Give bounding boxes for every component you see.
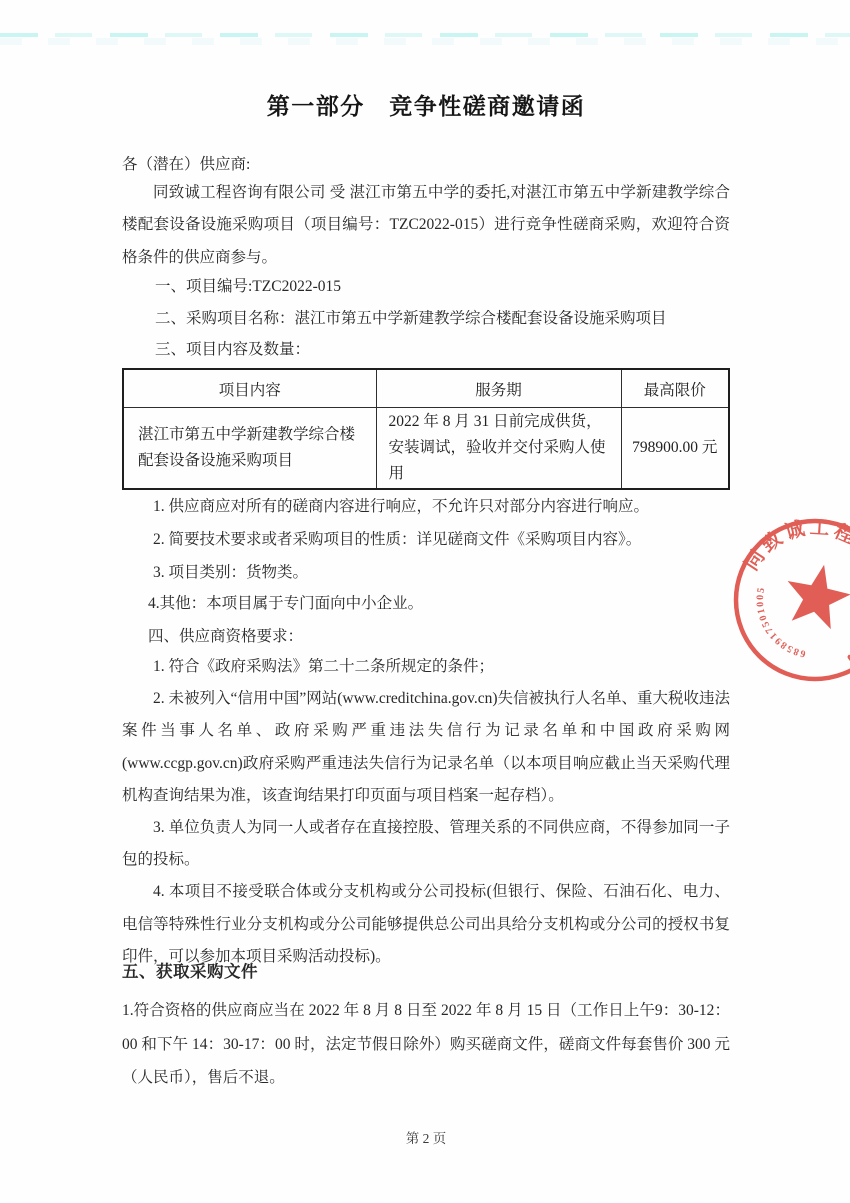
page-title: 第一部分 竞争性磋商邀请函 <box>122 88 730 121</box>
cell-max-price: 798900.00 元 <box>621 408 729 490</box>
note-2: 2. 简要技术要求或者采购项目的性质：详见磋商文件《采购项目内容》。 <box>153 523 730 556</box>
section4-item-1: 1. 符合《政府采购法》第二十二条所规定的条件； <box>122 651 730 683</box>
section4-item-2: 2. 未被列入“信用中国”网站(www.creditchina.gov.cn)失… <box>122 683 730 812</box>
table-row: 湛江市第五中学新建教学综合楼配套设备设施采购项目 2022 年 8 月 31 日… <box>123 408 729 490</box>
note-3: 3. 项目类别：货物类。 <box>153 556 730 589</box>
svg-text:6858917501005: 6858917501005 <box>755 587 807 659</box>
section4-heading: 四、供应商资格要求： <box>122 624 756 646</box>
header-project-content: 项目内容 <box>123 369 376 408</box>
scan-artifact-line <box>0 33 850 37</box>
project-number-line: 一、项目编号:TZC2022-015 <box>155 271 730 303</box>
page-number: 第 2 页 <box>122 1127 730 1147</box>
seal-company-arc-text: 同致诚工程咨询有限公司 <box>740 517 850 673</box>
seal-star-icon <box>788 565 850 629</box>
scan-artifact-line-2 <box>0 38 850 45</box>
note-1: 1. 供应商应对所有的磋商内容进行响应，不允许只对部分内容进行响应。 <box>153 490 730 523</box>
seal-serial-number: 6858917501005 <box>755 587 807 659</box>
project-content-line: 三、项目内容及数量： <box>155 334 730 366</box>
cell-project-content: 湛江市第五中学新建教学综合楼配套设备设施采购项目 <box>123 408 376 490</box>
table-header-row: 项目内容 服务期 最高限价 <box>123 369 729 408</box>
table-notes-list: 1. 供应商应对所有的磋商内容进行响应，不允许只对部分内容进行响应。 2. 简要… <box>122 490 730 589</box>
section4-item-3: 3. 单位负责人为同一人或者存在直接控股、管理关系的不同供应商，不得参加同一子包… <box>122 812 730 876</box>
header-max-price: 最高限价 <box>621 369 729 408</box>
svg-text:同致诚工程咨询有限公司: 同致诚工程咨询有限公司 <box>740 517 850 673</box>
project-name-line: 二、采购项目名称：湛江市第五中学新建教学综合楼配套设备设施采购项目 <box>155 303 730 335</box>
intro-paragraph: 同致诚工程咨询有限公司 受 湛江市第五中学的委托,对湛江市第五中学新建教学综合楼… <box>122 177 730 274</box>
document-page: 第一部分 竞争性磋商邀请函 各（潜在）供应商: 同致诚工程咨询有限公司 受 湛江… <box>0 0 850 1203</box>
section5-paragraph: 1.符合资格的供应商应当在 2022 年 8 月 8 日至 2022 年 8 月… <box>122 994 730 1095</box>
numbered-section-list: 一、项目编号:TZC2022-015 二、采购项目名称：湛江市第五中学新建教学综… <box>122 271 730 366</box>
salutation: 各（潜在）供应商: <box>122 152 730 174</box>
section4-items: 1. 符合《政府采购法》第二十二条所规定的条件； 2. 未被列入“信用中国”网站… <box>122 651 730 973</box>
project-table: 项目内容 服务期 最高限价 湛江市第五中学新建教学综合楼配套设备设施采购项目 2… <box>122 368 730 490</box>
section5-heading: 五、获取采购文件 <box>122 958 730 982</box>
cell-service-period: 2022 年 8 月 31 日前完成供货，安装调试，验收并交付采购人使用 <box>376 408 621 490</box>
note-4: 4.其他：本项目属于专门面向中小企业。 <box>122 591 756 613</box>
header-service-period: 服务期 <box>376 369 621 408</box>
